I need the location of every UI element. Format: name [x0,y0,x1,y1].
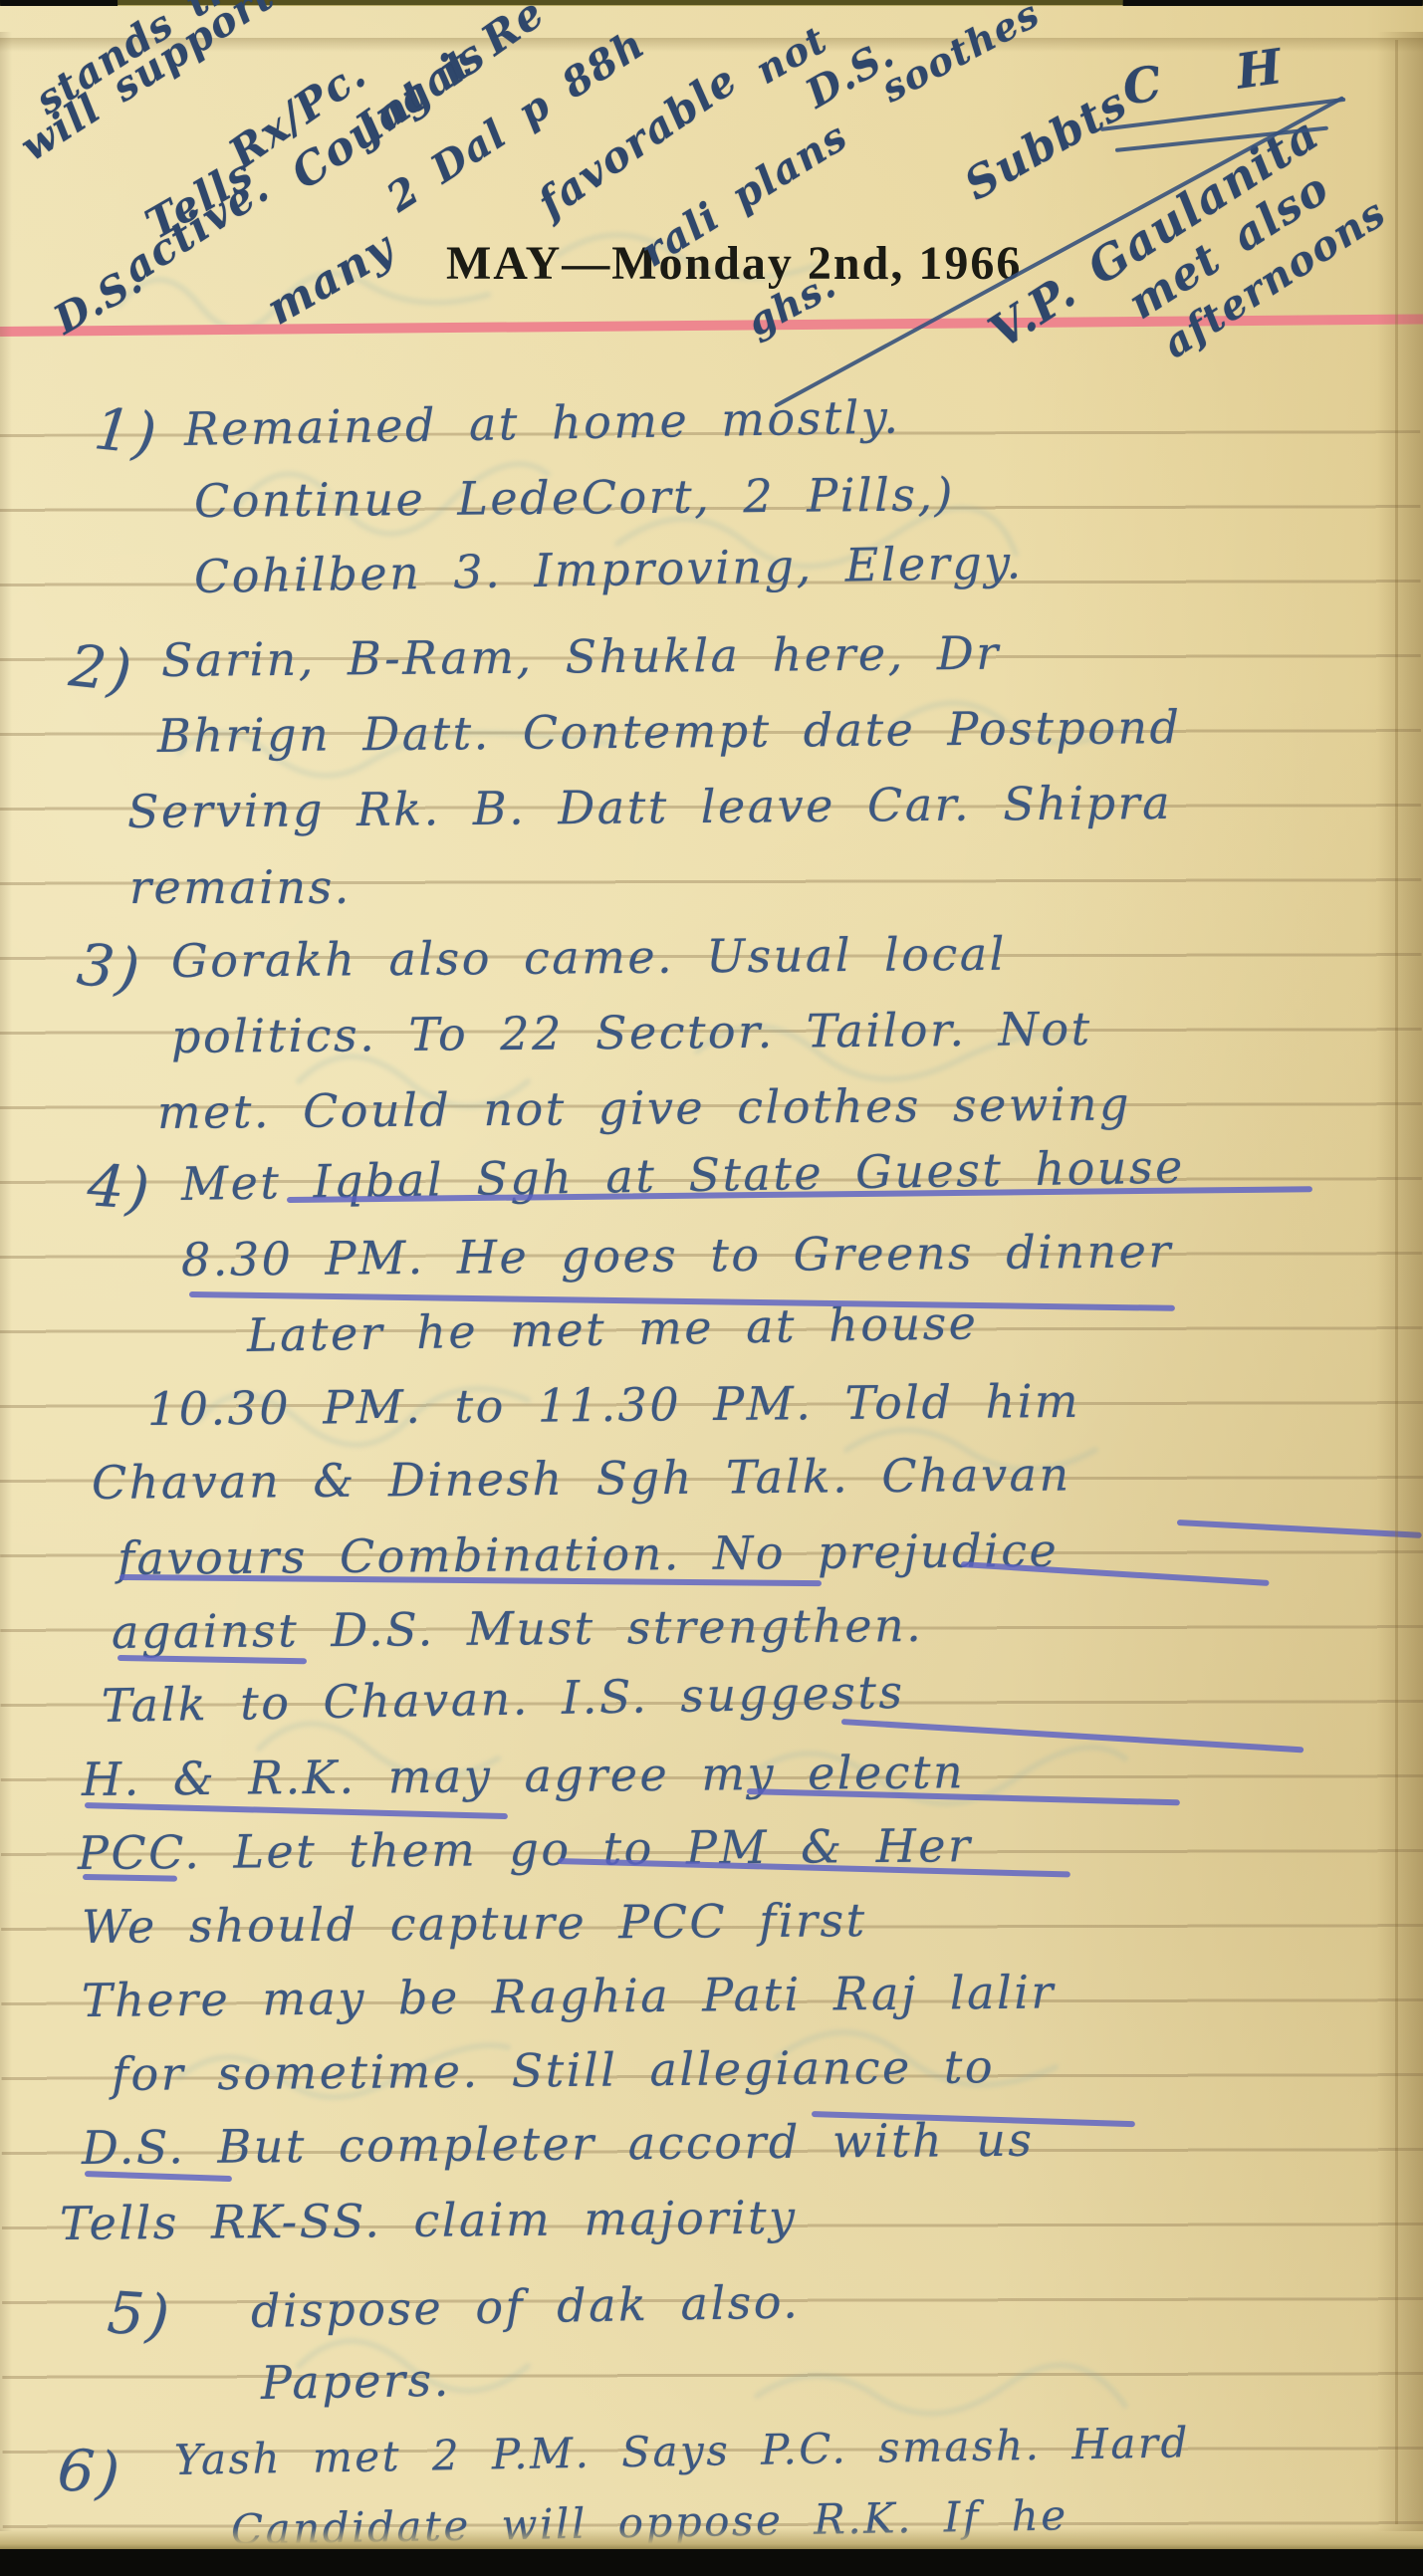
handwritten-line: 8.30 PM. He goes to Greens dinner [181,1224,1173,1287]
entry-number: 4) [86,1151,154,1223]
handwritten-line: We should capture PCC first [82,1893,867,1954]
handwritten-line: met. Could not give clothes sewing [157,1076,1131,1139]
handwritten-line: H. & R.K. may agree my electn [82,1745,966,1806]
handwritten-line: Tells RK-SS. claim majority [60,2191,798,2250]
handwritten-line: for sometime. Still allegiance to [112,2039,996,2101]
entry-number: 5) [106,2278,174,2350]
handwritten-line: against D.S. Must strengthen. [112,1598,924,1659]
handwritten-line: remains. [129,860,352,914]
entry-number: 2) [66,631,136,705]
left-edge-shadow [0,32,12,2531]
right-edge-crease [1395,40,1398,2524]
scan-black-bottom [0,2549,1423,2576]
handwritten-line: Serving Rk. B. Datt leave Car. Shipra [127,776,1172,838]
handwritten-line: Papers. [261,2353,452,2410]
paper: MAY—Monday 2nd, 1966 stands the will sup… [0,6,1423,2555]
handwritten-line: D.S. But completer accord with us [82,2113,1035,2175]
diary-page-scan: MAY—Monday 2nd, 1966 stands the will sup… [0,0,1423,2576]
handwritten-line: 10.30 PM. to 11.30 PM. Told him [147,1374,1080,1436]
paper-bottom-edge [0,2527,1423,2551]
handwritten-line: Continue LedeCort, 2 Pills,) [194,467,955,528]
handwritten-line: dispose of dak also. [251,2274,801,2338]
handwritten-line: Sarin, B-Ram, Shukla here, Dr [161,626,1001,687]
handwritten-line: Bhrign Datt. Contempt date Postpond [157,700,1182,763]
handwritten-line: politics. To 22 Sector. Tailor. Not [171,1002,1092,1063]
handwritten-line: There may be Raghia Pati Raj lalir [82,1965,1056,2027]
entry-number: 6) [56,2436,124,2507]
entry-number: 1) [91,394,161,468]
printed-date-header: MAY—Monday 2nd, 1966 [446,236,1022,291]
right-edge-shadow [1377,32,1423,2531]
entry-number: 3) [74,930,144,1004]
handwritten-line: Gorakh also came. Usual local [171,927,1007,988]
handwritten-line: Chavan & Dinesh Sgh Talk. Chavan [92,1447,1071,1510]
